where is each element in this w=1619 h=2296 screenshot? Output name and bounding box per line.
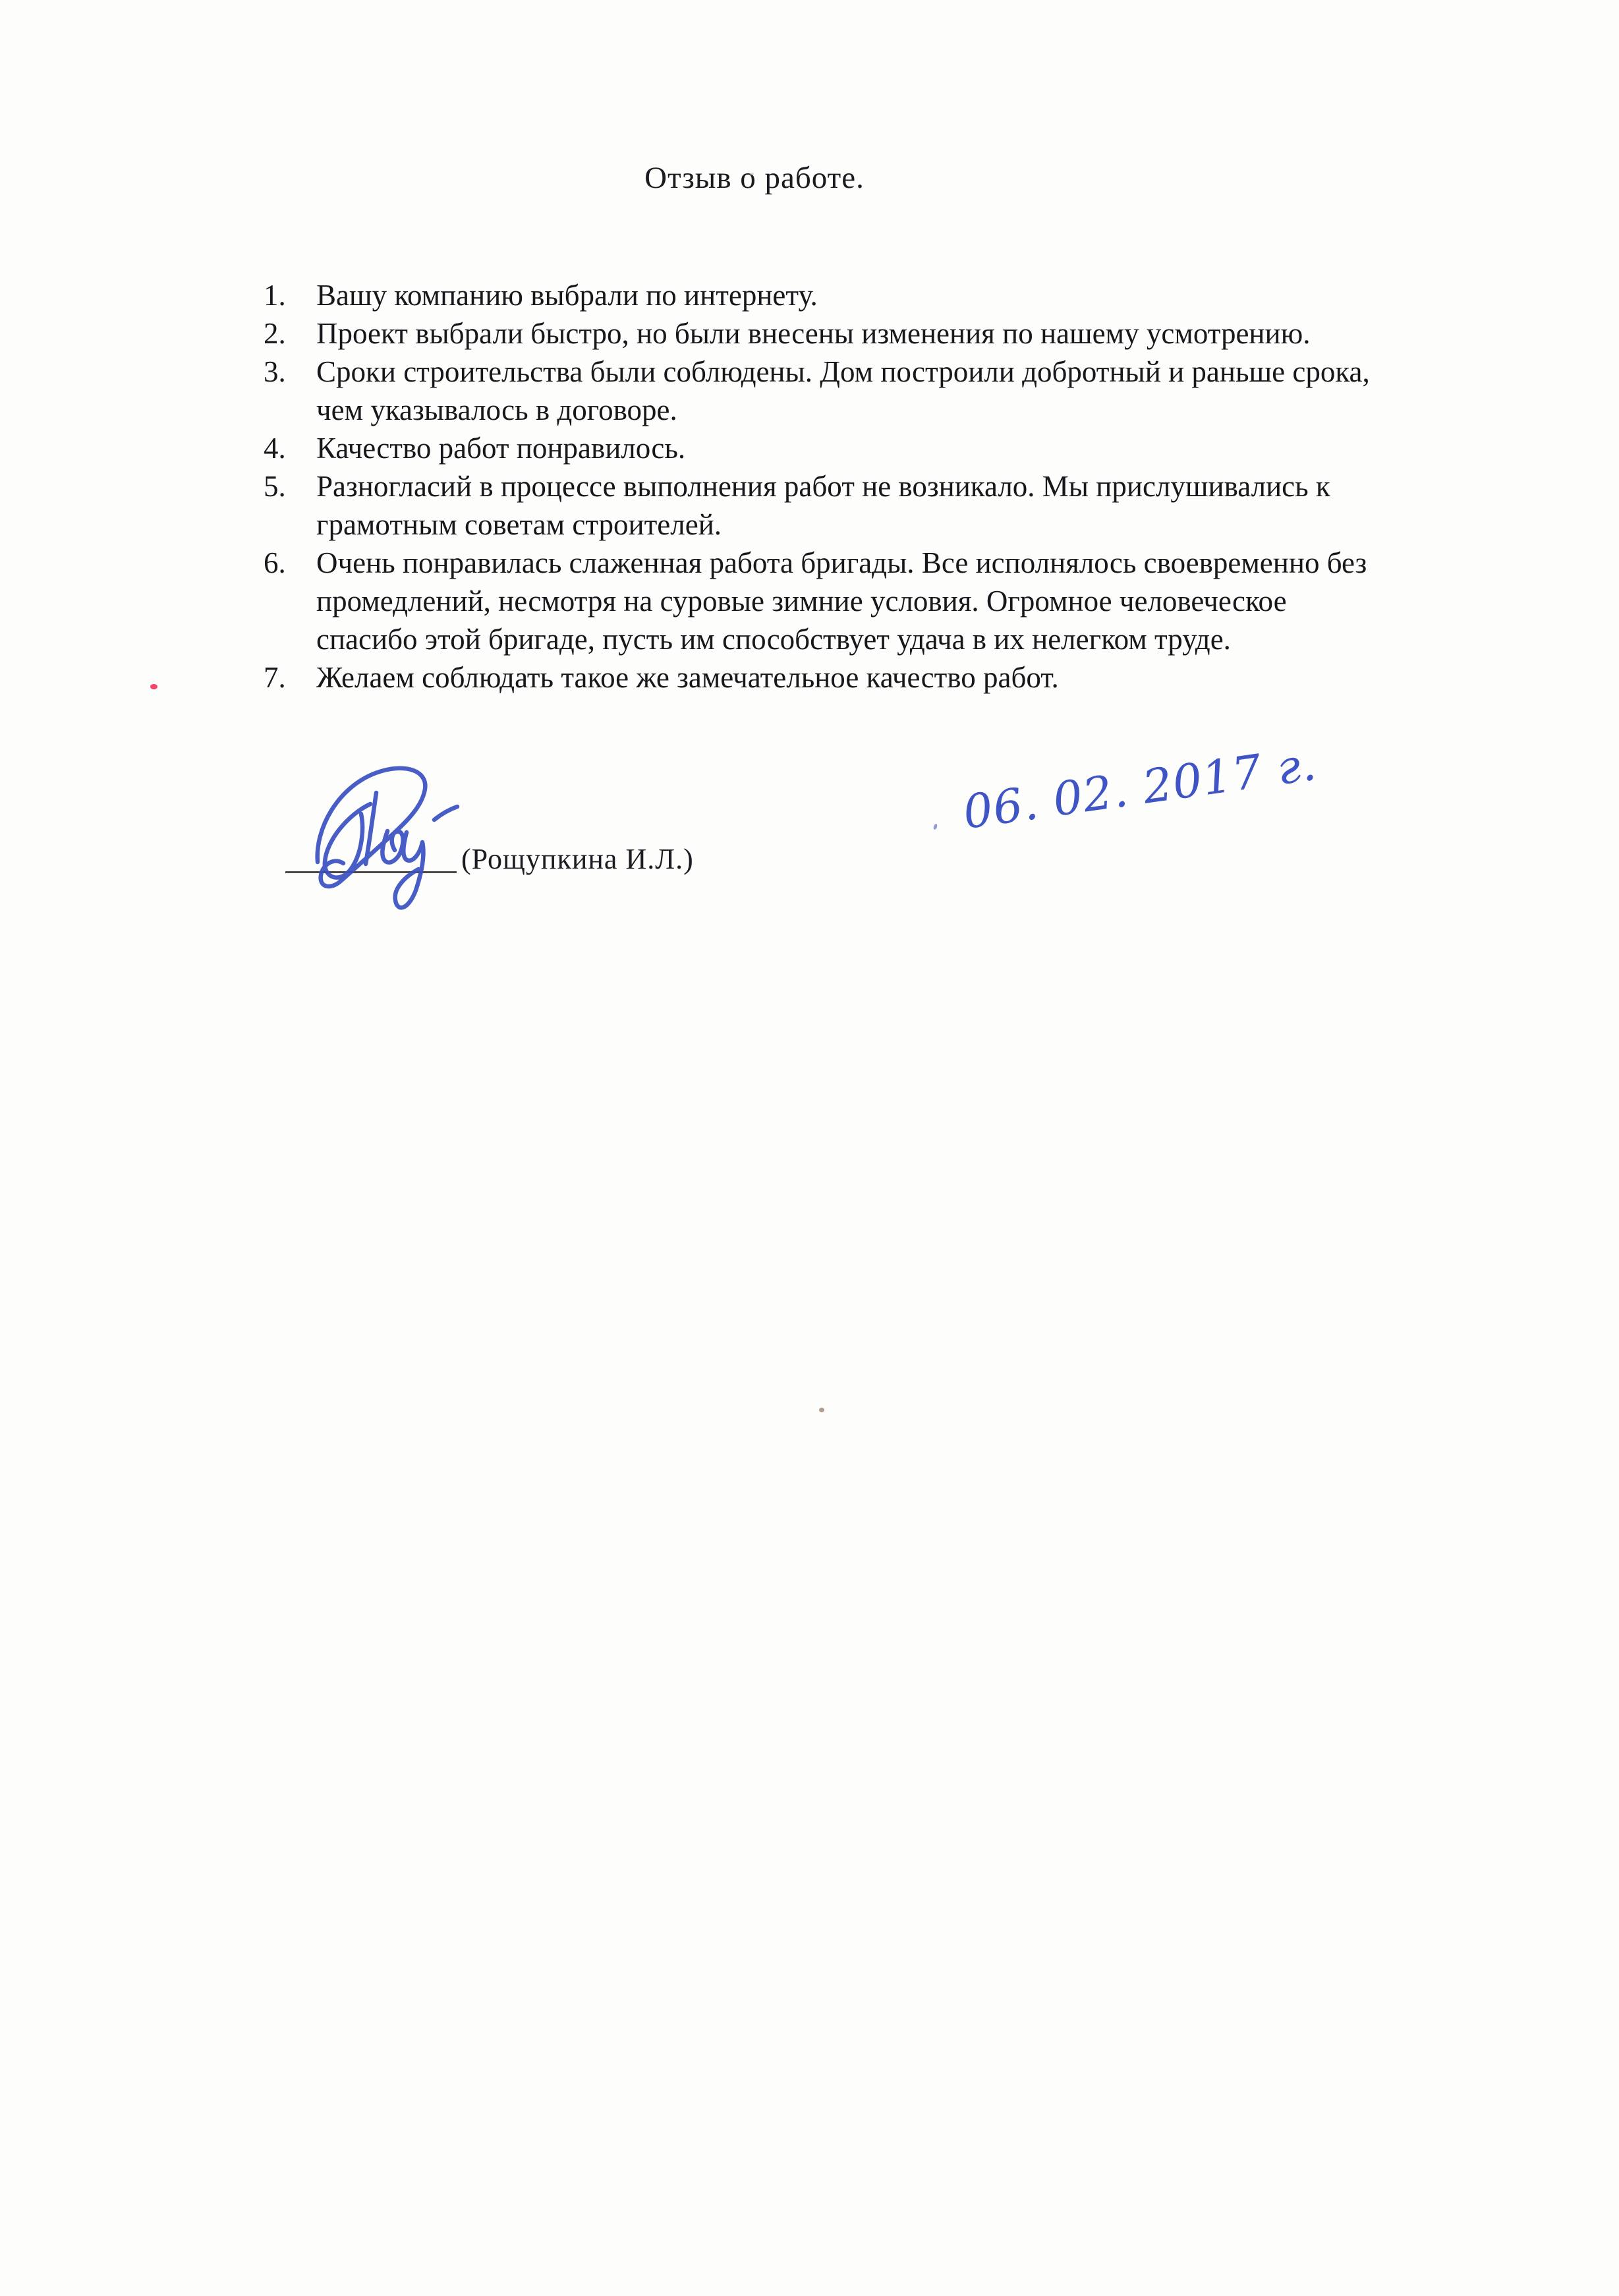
list-item: Разногласий в процессе выполнения работ … bbox=[316, 467, 1522, 544]
list-item-line: Вашу компанию выбрали по интернету. bbox=[316, 276, 1522, 314]
list-item: Желаем соблюдать такое же замечательное … bbox=[316, 658, 1522, 697]
list-item-line: чем указывалось в договоре. bbox=[316, 391, 1522, 429]
list-item: Очень понравилась слаженная работа брига… bbox=[316, 544, 1522, 658]
scan-speck-gray bbox=[750, 173, 754, 175]
list-item-line: Проект выбрали быстро, но были внесены и… bbox=[316, 314, 1522, 353]
list-item: Качество работ понравилось. bbox=[316, 429, 1522, 467]
list-item-line: Очень понравилась слаженная работа брига… bbox=[316, 544, 1522, 582]
list-item-line: Разногласий в процессе выполнения работ … bbox=[316, 467, 1522, 505]
scan-speck-brown bbox=[819, 1408, 824, 1412]
list-item: Проект выбрали быстро, но были внесены и… bbox=[316, 314, 1522, 353]
scan-speck-red bbox=[150, 684, 157, 689]
list-item-line: Качество работ понравилось. bbox=[316, 429, 1522, 467]
scan-speck-ink bbox=[933, 823, 938, 830]
list-item-line: спасибо этой бригаде, пусть им способств… bbox=[316, 620, 1522, 658]
list-item: Вашу компанию выбрали по интернету. bbox=[316, 276, 1522, 314]
signatory-name: (Рощупкина И.Л.) bbox=[461, 842, 694, 876]
list-item: Сроки строительства были соблюдены. Дом … bbox=[316, 353, 1522, 429]
handwritten-date: 06. 02. 2017 г. bbox=[960, 742, 1281, 840]
document-title: Отзыв о работе. bbox=[0, 160, 1509, 196]
list-item-line: Желаем соблюдать такое же замечательное … bbox=[316, 658, 1522, 697]
list-item-line: промедлений, несмотря на суровые зимние … bbox=[316, 582, 1522, 620]
scanned-document-page: Отзыв о работе. Вашу компанию выбрали по… bbox=[0, 0, 1619, 2296]
list-item-line: Сроки строительства были соблюдены. Дом … bbox=[316, 353, 1522, 391]
review-list: Вашу компанию выбрали по интернету. Прое… bbox=[316, 276, 1522, 697]
list-item-line: грамотным советам строителей. bbox=[316, 505, 1522, 544]
handwritten-signature-icon bbox=[277, 751, 474, 923]
